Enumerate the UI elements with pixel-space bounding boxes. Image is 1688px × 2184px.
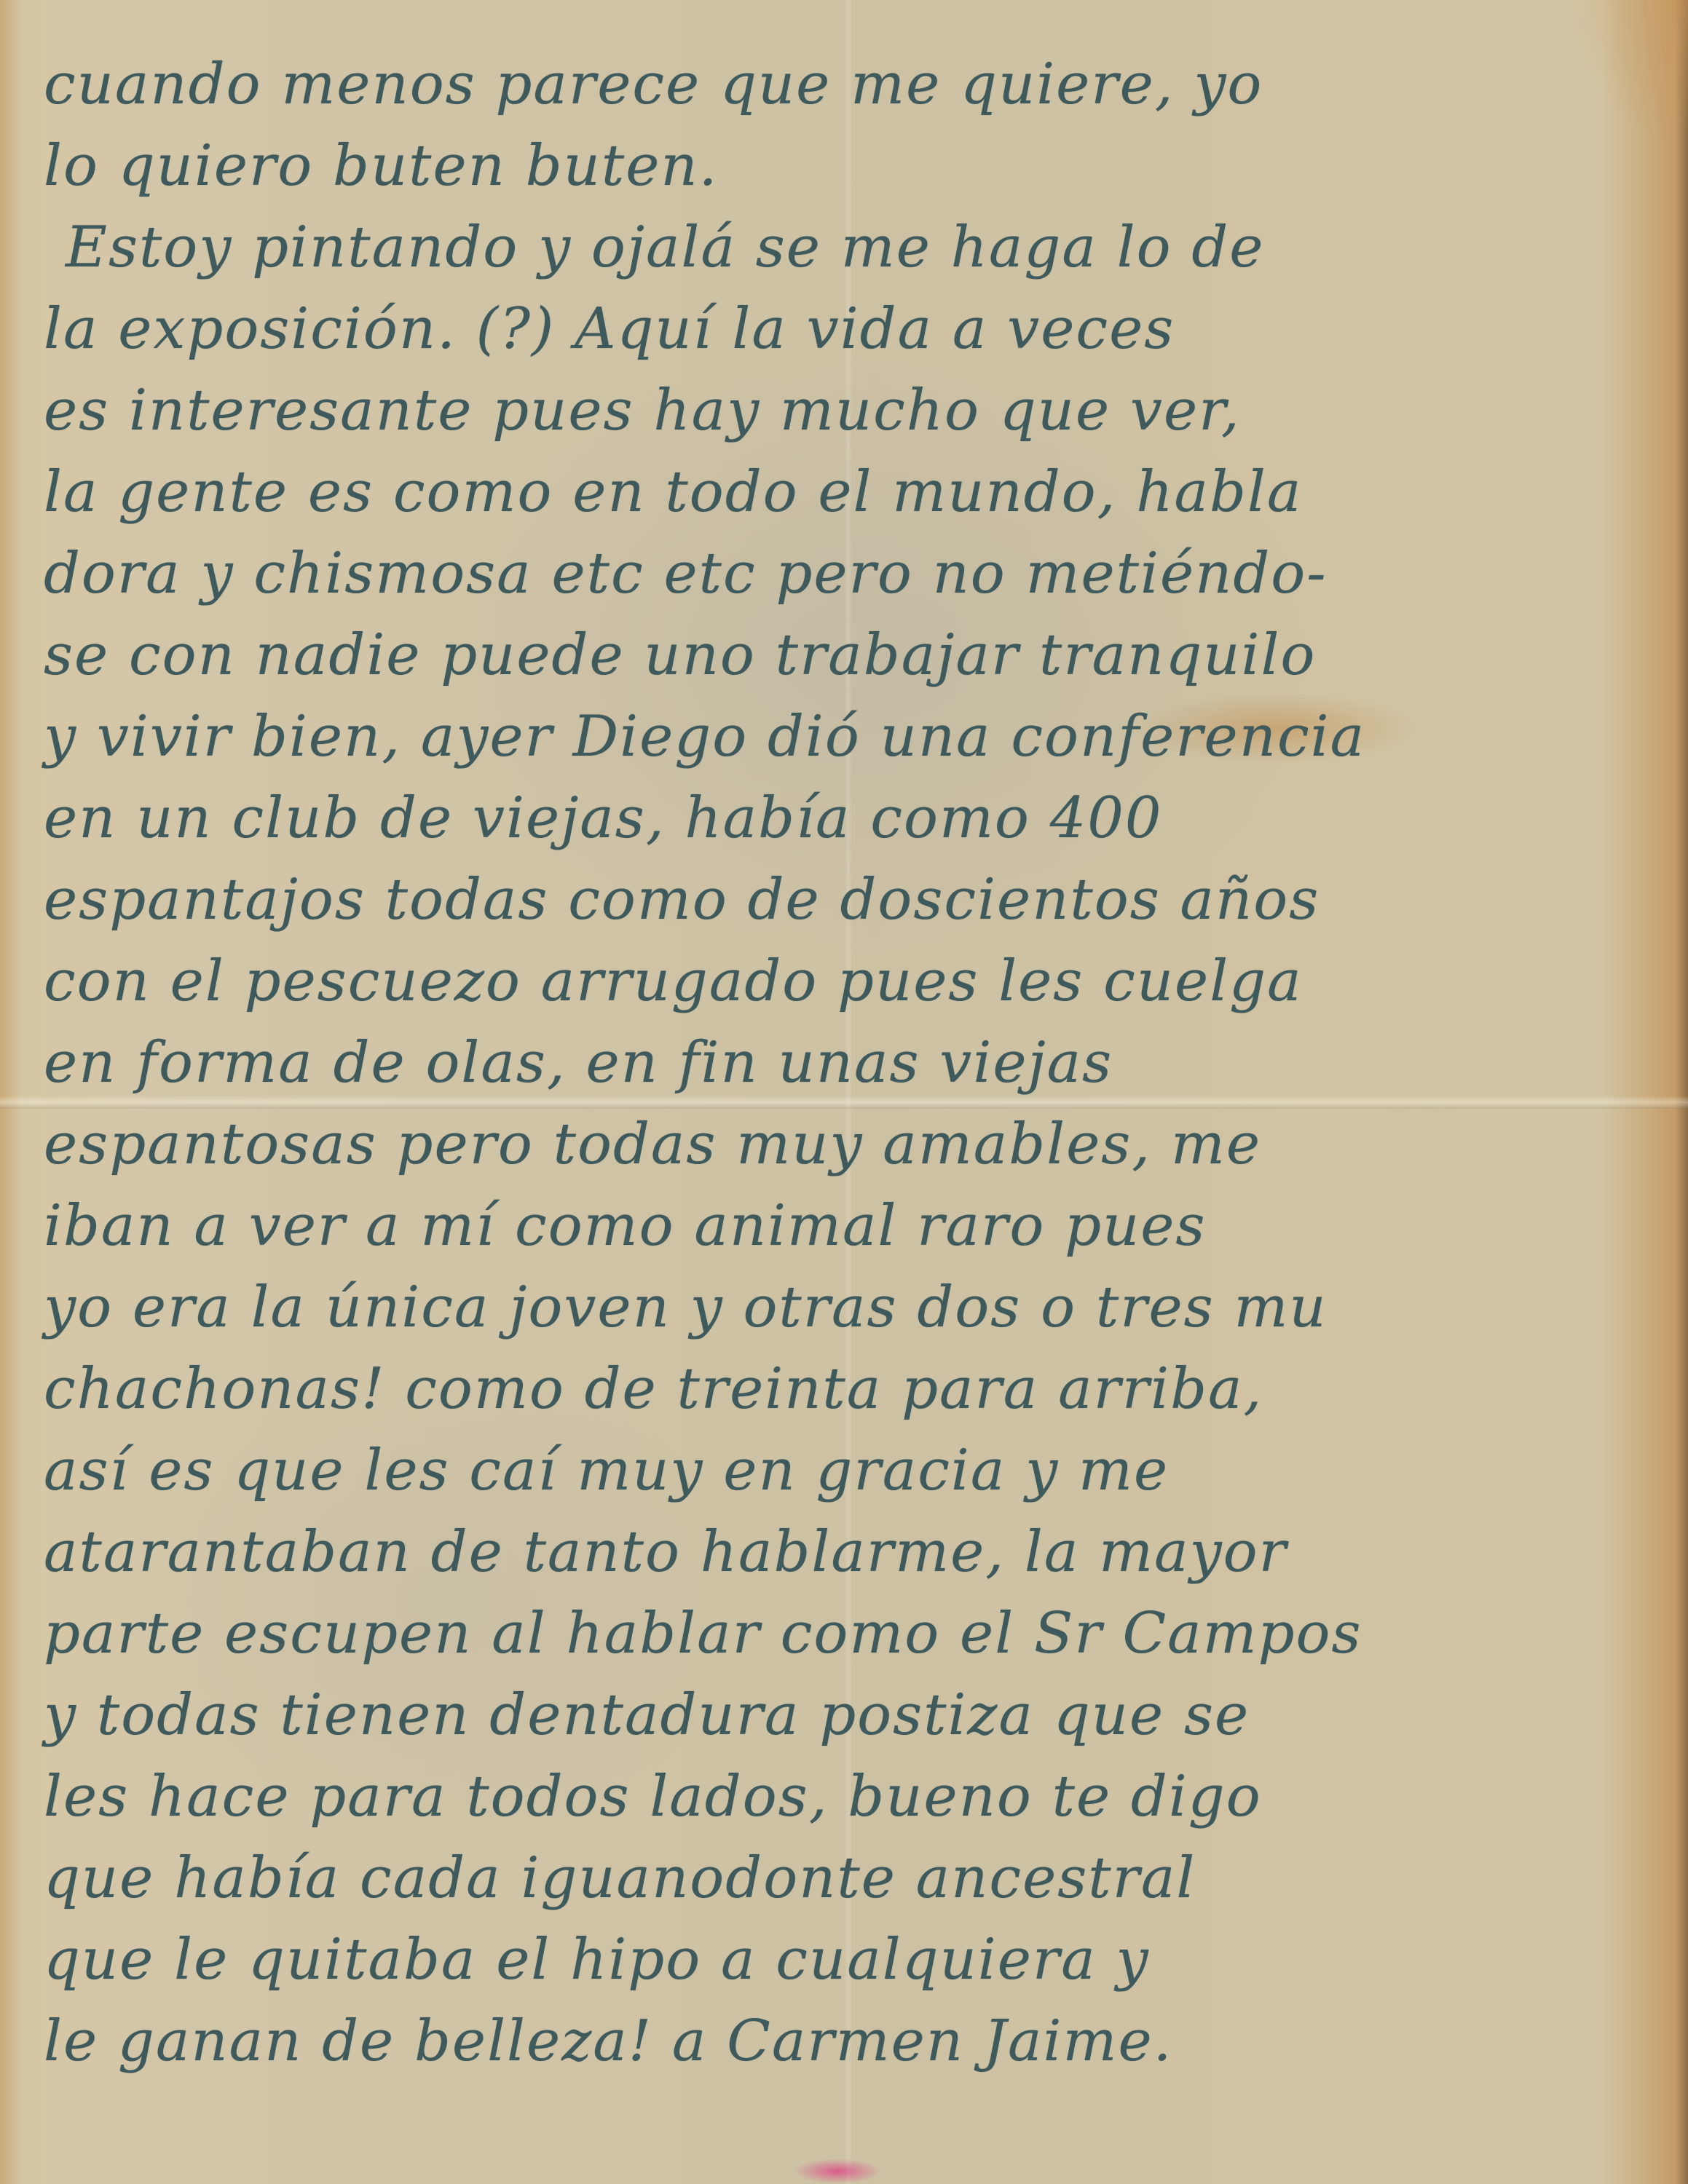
text-line: y todas tienen dentadura postiza que se: [44, 1674, 1653, 1756]
text-line: que había cada iguanodonte ancestral: [44, 1837, 1653, 1919]
text-line: así es que les caí muy en gracia y me: [44, 1430, 1653, 1511]
text-line: Estoy pintando y ojalá se me haga lo de: [44, 207, 1653, 288]
text-line: en forma de olas, en fin unas viejas: [44, 1022, 1653, 1104]
text-line: espantajos todas como de doscientos años: [44, 859, 1653, 941]
text-line: cuando menos parece que me quiere, yo: [44, 44, 1653, 125]
text-line: yo era la única joven y otras dos o tres…: [44, 1267, 1653, 1348]
text-line: la gente es como en todo el mundo, habla: [44, 451, 1653, 533]
text-line: les hace para todos lados, bueno te digo: [44, 1756, 1653, 1837]
letter-page: cuando menos parece que me quiere, yo lo…: [0, 0, 1688, 2184]
handwritten-text: cuando menos parece que me quiere, yo lo…: [44, 44, 1653, 2082]
text-line: se con nadie puede uno trabajar tranquil…: [44, 614, 1653, 696]
text-line: es interesante pues hay mucho que ver,: [44, 370, 1653, 451]
text-line: espantosas pero todas muy amables, me: [44, 1104, 1653, 1185]
text-line: parte escupen al hablar como el Sr Campo…: [44, 1593, 1653, 1674]
text-line: y vivir bien, ayer Diego dió una confere…: [44, 696, 1653, 778]
text-line: le ganan de belleza! a Carmen Jaime.: [44, 2001, 1653, 2082]
text-line: chachonas! como de treinta para arriba,: [44, 1348, 1653, 1430]
text-line: la exposición. (?) Aquí la vida a veces: [44, 288, 1653, 370]
pink-ink-mark: [794, 2159, 881, 2184]
text-line: dora y chismosa etc etc pero no metiéndo…: [44, 533, 1653, 614]
text-line: atarantaban de tanto hablarme, la mayor: [44, 1511, 1653, 1593]
text-line: iban a ver a mí como animal raro pues: [44, 1185, 1653, 1267]
text-line: en un club de viejas, había como 400: [44, 778, 1653, 859]
text-line: con el pescuezo arrugado pues les cuelga: [44, 941, 1653, 1022]
text-line: que le quitaba el hipo a cualquiera y: [44, 1919, 1653, 2001]
text-line: lo quiero buten buten.: [44, 125, 1653, 207]
